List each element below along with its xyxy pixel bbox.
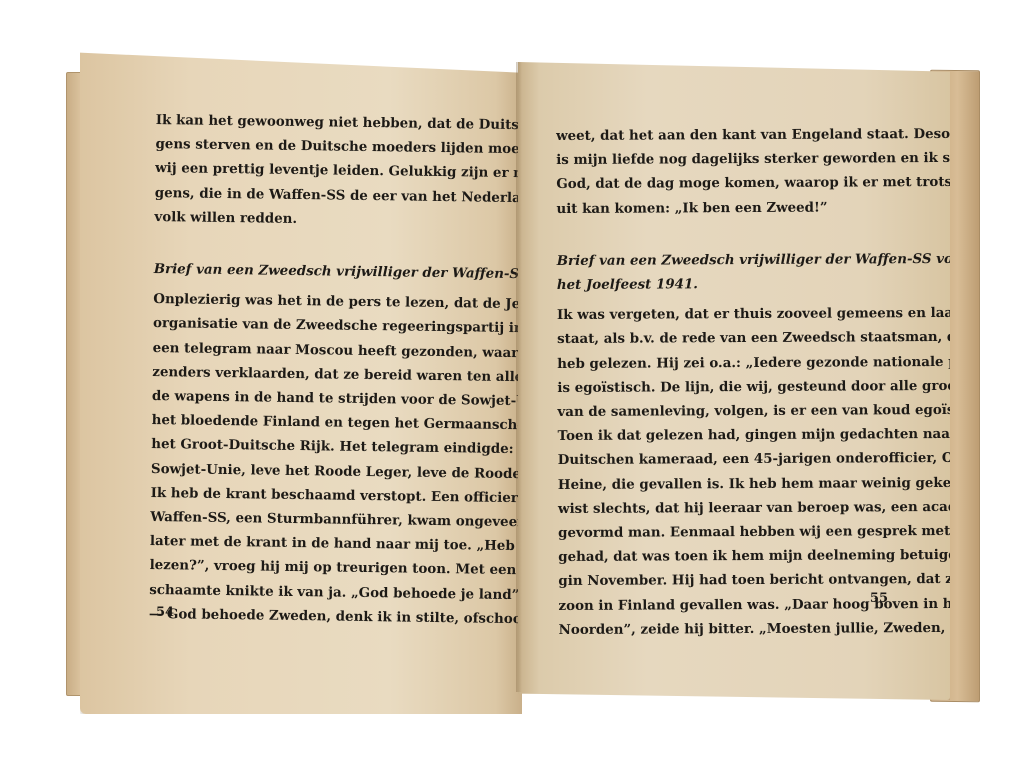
text-line: Ik was vergeten, dat er thuis zooveel ge… [557,301,887,327]
right-page-text: weet, dat het aan den kant van Engeland … [556,122,889,642]
text-line: gin November. Hij had toen bericht ontva… [558,568,888,594]
left-body-paragraph: Onplezierig was het in de pers te lezen,… [149,287,494,631]
heading-line: het Joelfeest 1941. [557,271,887,297]
book-gutter [516,62,522,692]
text-line: is mijn liefde nog dagelijks sterker gew… [556,146,886,172]
text-line: uit kan komen: „Ik ben een Zweed!” [556,195,886,221]
text-line: Noorden”, zeide hij bitter. „Moesten jul… [559,616,889,642]
text-line: — God behoede Zweden, denk ik in stilte,… [149,602,489,631]
text-line: gevormd man. Eenmaal hebben wij een gesp… [558,519,888,545]
open-book: Ik kan het gewoonweg niet hebben, dat de… [0,0,1024,768]
section-heading: Brief van een Zweedsch vrijwilliger der … [154,257,494,286]
text-line: weet, dat het aan den kant van Engeland … [556,122,886,148]
text-line: wist slechts, dat hij leeraar van beroep… [558,495,888,521]
section-heading: Brief van een Zweedsch vrijwilliger der … [557,247,887,297]
page-number-left: 54 [156,605,174,620]
page-number-right: 55 [870,591,888,606]
text-line: zoon in Finland gevallen was. „Daar hoog… [558,592,888,618]
text-line: gehad, dat was toen ik hem mijn deelnemi… [558,544,888,570]
text-line: God, dat de dag moge komen, waarop ik er… [556,171,886,197]
heading-line: Brief van een Zweedsch vrijwilliger der … [557,247,887,273]
text-line: Toen ik dat gelezen had, gingen mijn ged… [558,423,888,449]
text-line: staat, als b.v. de rede van een Zweedsch… [557,326,887,352]
left-page: Ik kan het gewoonweg niet hebben, dat de… [80,46,522,714]
right-intro-paragraph: weet, dat het aan den kant van Engeland … [556,122,887,221]
text-line: is egoïstisch. De lijn, die wij, gesteun… [557,374,887,400]
right-page: weet, dat het aan den kant van Engeland … [518,62,950,700]
text-line: Heine, die gevallen is. Ik heb hem maar … [558,471,888,497]
right-body-paragraph: Ik was vergeten, dat er thuis zooveel ge… [557,301,889,642]
text-line: heb gelezen. Hij zei o.a.: „Iedere gezon… [557,350,887,376]
left-intro-paragraph: Ik kan het gewoonweg niet hebben, dat de… [154,108,496,234]
text-line: volk willen redden. [154,205,494,234]
left-page-text: Ik kan het gewoonweg niet hebben, dat de… [149,108,496,631]
text-line: van de samenleving, volgen, is er een va… [557,398,887,424]
text-line: Duitschen kameraad, een 45-jarigen onder… [558,447,888,473]
